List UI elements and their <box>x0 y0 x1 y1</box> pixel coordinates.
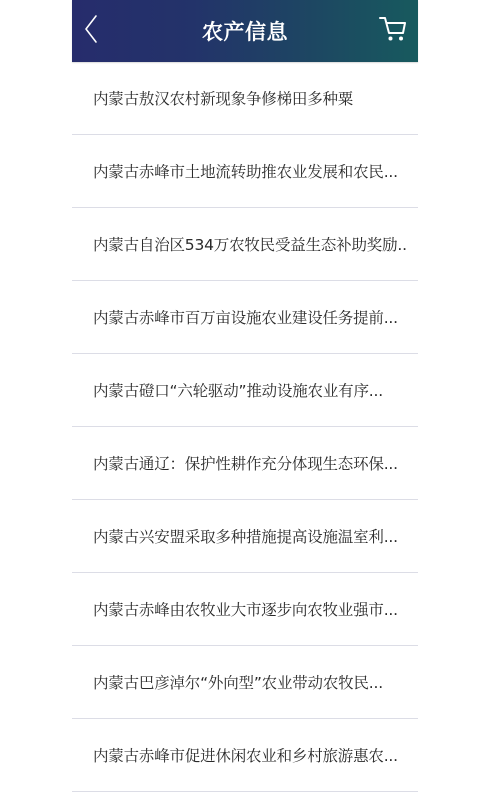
page-title: 农产信息 <box>202 16 288 46</box>
news-title: 内蒙古赤峰市促进休闲农业和乡村旅游惠农... <box>93 744 398 766</box>
shopping-cart-icon <box>378 15 408 47</box>
news-title: 内蒙古赤峰由农牧业大市逐步向农牧业强市... <box>93 598 398 620</box>
news-title: 内蒙古自治区534万农牧民受益生态补助奖励... <box>93 233 406 255</box>
app-screen: 农产信息 内蒙古敖汉农村新现象争修梯田多种粟 内蒙古赤峰市土地流转助推农业发展和… <box>72 0 418 800</box>
news-list-item[interactable]: 内蒙古通辽：保护性耕作充分体现生态环保... <box>72 427 418 500</box>
news-list-item[interactable]: 内蒙古赤峰市土地流转助推农业发展和农民... <box>72 135 418 208</box>
news-list-item[interactable]: 内蒙古兴安盟采取多种措施提高设施温室利... <box>72 500 418 573</box>
news-title: 内蒙古巴彦淖尔“外向型”农业带动农牧民... <box>93 671 383 693</box>
news-list-item[interactable]: 内蒙古敖汉农村新现象争修梯田多种粟 <box>72 62 418 135</box>
news-list-item[interactable]: 内蒙古自治区534万农牧民受益生态补助奖励... <box>72 208 418 281</box>
top-nav-bar: 农产信息 <box>72 0 418 62</box>
chevron-left-icon <box>83 14 99 48</box>
news-title: 内蒙古赤峰市土地流转助推农业发展和农民... <box>93 160 398 182</box>
news-title: 内蒙古敖汉农村新现象争修梯田多种粟 <box>93 87 353 109</box>
cart-button[interactable] <box>376 14 410 48</box>
news-title: 内蒙古通辽：保护性耕作充分体现生态环保... <box>93 452 398 474</box>
news-title: 内蒙古兴安盟采取多种措施提高设施温室利... <box>93 525 398 547</box>
news-list-item[interactable]: 内蒙古赤峰市百万亩设施农业建设任务提前... <box>72 281 418 354</box>
back-button[interactable] <box>76 11 106 51</box>
news-list-item[interactable]: 内蒙古巴彦淖尔“外向型”农业带动农牧民... <box>72 646 418 719</box>
news-title: 内蒙古赤峰市百万亩设施农业建设任务提前... <box>93 306 398 328</box>
news-list: 内蒙古敖汉农村新现象争修梯田多种粟 内蒙古赤峰市土地流转助推农业发展和农民...… <box>72 62 418 792</box>
news-list-item[interactable]: 内蒙古赤峰市促进休闲农业和乡村旅游惠农... <box>72 719 418 792</box>
news-title: 内蒙古磴口“六轮驱动”推动设施农业有序... <box>93 379 383 401</box>
news-list-item[interactable]: 内蒙古磴口“六轮驱动”推动设施农业有序... <box>72 354 418 427</box>
news-list-item[interactable]: 内蒙古赤峰由农牧业大市逐步向农牧业强市... <box>72 573 418 646</box>
